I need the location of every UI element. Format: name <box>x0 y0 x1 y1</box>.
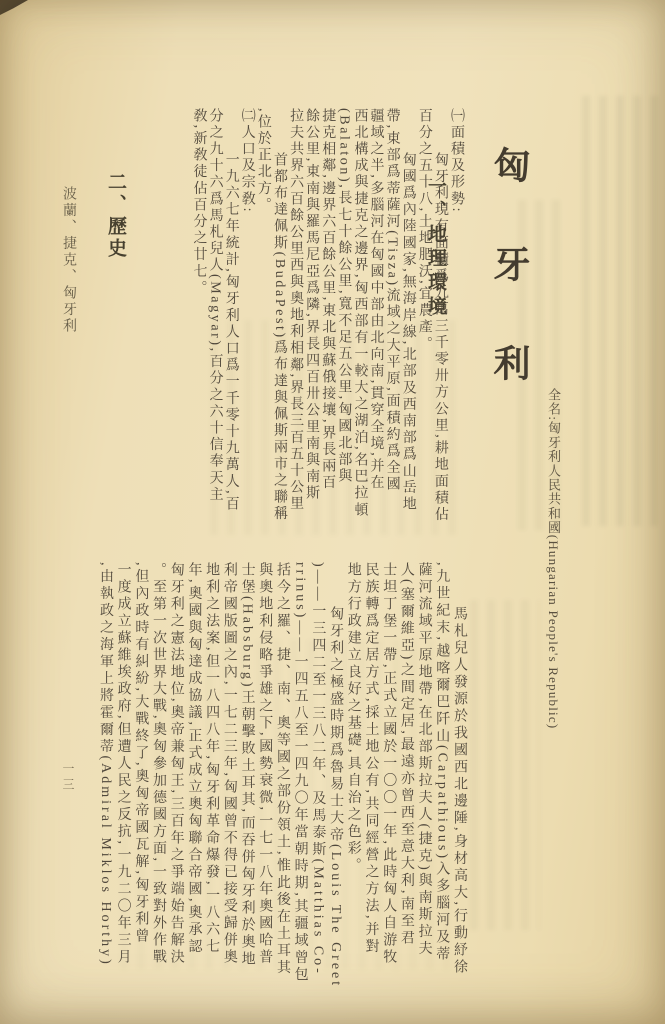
page-number: 一三 <box>60 762 77 794</box>
bleedthrough-texture <box>582 96 660 526</box>
margin-chapter-label: 波蘭、捷克、匈牙利 <box>58 186 78 335</box>
text-column: 地利之法案,但一八四八年,匈牙利革命爆發,一八六七 <box>202 562 220 1004</box>
page-subtitle: 全名:匈牙利人民共和國(Hungarian People's Republic) <box>544 388 563 729</box>
text-column: ㈡人口及宗敎: <box>239 108 255 546</box>
text-column: (Balaton),長七十餘公里,寬不足五公里,匈國北部與 <box>335 108 351 546</box>
history-text-block: 馬札兒人發源於我國西北邊陲,身材高大,行動紓徐,九世紀末,越喀爾巴阡山(Carp… <box>96 562 468 1004</box>
text-column: ,但內政時有糾紛,大戰終了,奧匈帝國瓦解,匈牙利曾 <box>132 562 150 1004</box>
text-column: 人(塞爾維亞)之間定居,最遠亦曾西至意大利,南至君 <box>397 562 415 1004</box>
text-column: 敎,新敎徒佔百分之廿七。 <box>190 108 206 546</box>
text-column: 薩河流域平原地帶,在北部斯拉夫人(捷克)與南斯拉夫 <box>415 562 433 1004</box>
page-title: 匈牙利 <box>480 146 534 443</box>
text-column: 一度成立蘇維埃政府,但遭人民之反抗,一九二〇年三月 <box>114 562 132 1004</box>
text-column: 利帝國版圖之內,一七二三年,匈國曾不得已接受歸併奧 <box>220 562 238 1004</box>
text-column: 拉夫共界六百餘公里西與奧地利相鄰,界長三百五十公里 <box>287 108 303 546</box>
text-column: 匈牙利之憲法地位,奧帝兼匈王,三百年之爭端始告解決 <box>167 562 185 1004</box>
text-column: 首都布達佩斯(BudaPest)爲布達與佩斯兩市之聯稱 <box>271 108 287 546</box>
text-column: 士坦丁堡一帶,正式立國於一〇〇一年,此時匈人自游牧 <box>379 562 397 1004</box>
text-column: 馬札兒人發源於我國西北邊陲,身材高大,行動紓徐 <box>450 562 468 1004</box>
text-column: 匈牙利之極盛時期爲魯易士大帝(Louis The Greet <box>326 562 344 1004</box>
text-column: 一九六七年統計,匈牙利人口爲一千零十九萬人,百 <box>223 108 239 546</box>
text-column: 捷克相鄰,邊界六百餘公里,東北與蘇俄接壤,界長兩百 <box>319 108 335 546</box>
text-column: ,由執政之海軍上將霍爾蒂(Admiral Miklos Horthy) <box>96 562 114 1004</box>
text-column: 民族轉爲定居方式,採土地公有,共同經營之方法,并對 <box>362 562 380 1004</box>
text-column: ,位於正北方。 <box>255 108 271 546</box>
text-column: 匈國爲內陸國家,無海岸線,北部及西南部爲山岳地 <box>400 108 416 546</box>
scan-corner-mark <box>0 0 28 15</box>
text-column: 士堡(Habsburg)王朝擊敗土耳其,而吞併匈牙利於奧地 <box>238 562 256 1004</box>
text-column: 年,奧國與匈達成協議,正式成立奧匈聯合帝國,奧承認 <box>185 562 203 1004</box>
text-column: 餘公里,東南與羅馬尼亞爲隣,界長四百卅公里南與南斯 <box>303 108 319 546</box>
text-column: )——一三四二至一三八二年、及馬泰斯(Matthias Co- <box>309 562 327 1004</box>
bleedthrough-texture <box>470 600 540 930</box>
text-column: ㈠面積及形勢: <box>448 108 464 546</box>
text-column: rrinus)——一四五八至一四九〇年當朝時期,其疆域曾包 <box>291 562 309 1004</box>
section-heading-history: 二、歷史 <box>102 172 129 260</box>
text-column: 。至第一次世界大戰,奧匈參加德國方面,一致對外作戰 <box>149 562 167 1004</box>
text-column: 地方行政建立良好之基礎,具自治之色彩。 <box>344 562 362 1004</box>
text-column: 百分之五十八,土地肥沃,宜農產。 <box>416 108 432 546</box>
geography-text-block: ㈠面積及形勢:匈牙利現有面積爲九萬三千零卅方公里,耕地面積佔百分之五十八,土地肥… <box>190 108 464 546</box>
text-column: 疆域之半,多腦河在匈國中部由北向南,貫穿全境,并在 <box>367 108 383 546</box>
text-column: 分之九十六爲馬札兒人(Magyar),百分之六十信奉天主 <box>207 108 223 546</box>
text-column: 與奧地利侵略爭雄之下,國勢衰微,一七一八年奧國哈普 <box>256 562 274 1004</box>
text-column: ,九世紀末,越喀爾巴阡山(Carpathious)入多腦河及蒂 <box>433 562 451 1004</box>
text-column: 西北構成與捷克之邊界,匈西部有一較大之湖泊,名巴拉頓 <box>351 108 367 546</box>
scanned-book-page: 匈牙利 全名:匈牙利人民共和國(Hungarian People's Repub… <box>0 0 665 1024</box>
text-column: 括今之羅、捷、南、奧等國之部份領土,惟此後在土耳其 <box>273 562 291 1004</box>
text-column: 帶,東部爲蒂薩河(Tisza)流域之大平原,面積約爲全國 <box>384 108 400 546</box>
text-column: 匈牙利現有面積爲九萬三千零卅方公里,耕地面積佔 <box>432 108 448 546</box>
